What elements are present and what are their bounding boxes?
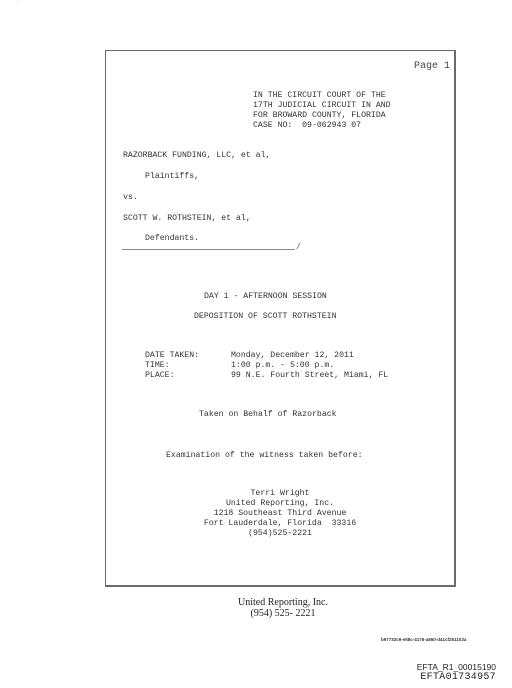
efta-r1-number: EFTA_R1_00015190 — [417, 662, 496, 672]
detail-value-place: 99 N.E. Fourth Street, Miami, FL — [231, 371, 388, 381]
court-caption-line-2: 17TH JUDICIAL CIRCUIT IN AND — [253, 101, 391, 111]
taken-on-behalf: Taken on Behalf of Razorback — [199, 410, 337, 420]
reporter-city: Fort Lauderdale, Florida 33316 — [180, 519, 380, 529]
session-title: DAY 1 - AFTERNOON SESSION — [204, 292, 327, 302]
plaintiff-role: Plaintiffs, — [145, 172, 199, 182]
footer-company: United Reporting, Inc. — [183, 597, 383, 608]
efta-document-id: EFTA01734957 — [420, 672, 496, 683]
court-caption-line-3: FOR BROWARD COUNTY, FLORIDA — [253, 111, 386, 121]
court-caption-line-1: IN THE CIRCUIT COURT OF THE — [253, 91, 386, 101]
reporter-name: Terri Wright — [180, 489, 380, 499]
document-hash-id: b97732c9-e58c-4176-a860-d41cf251103a — [381, 637, 466, 642]
detail-value-time: 1:00 p.m. - 5:00 p.m. — [231, 361, 334, 371]
plaintiff-name: RAZORBACK FUNDING, LLC, et al, — [123, 151, 270, 161]
versus-label: vs. — [123, 193, 138, 203]
detail-label-time: TIME: — [145, 361, 170, 371]
detail-label-place: PLACE: — [145, 371, 174, 381]
page-number: Page 1 — [414, 61, 450, 72]
case-number: CASE NO: 09-062943 07 — [253, 121, 361, 131]
scan-speck — [17, 2, 18, 3]
caption-underline — [122, 249, 295, 250]
footer-phone: (954) 525- 2221 — [183, 608, 383, 619]
reporter-company: United Reporting, Inc. — [180, 499, 380, 509]
deposition-title: DEPOSITION OF SCOTT ROTHSTEIN — [194, 312, 337, 322]
caption-slash: / — [296, 243, 301, 252]
defendant-name: SCOTT W. ROTHSTEIN, et al, — [123, 214, 251, 224]
detail-label-date: DATE TAKEN: — [145, 351, 199, 361]
reporter-address: 1218 Southeast Third Avenue — [180, 509, 380, 519]
detail-value-date: Monday, December 12, 2011 — [231, 351, 354, 361]
examination-line: Examination of the witness taken before: — [166, 451, 363, 461]
reporter-phone: (954)525-2221 — [180, 529, 380, 539]
defendant-role: Defendants. — [145, 234, 199, 244]
